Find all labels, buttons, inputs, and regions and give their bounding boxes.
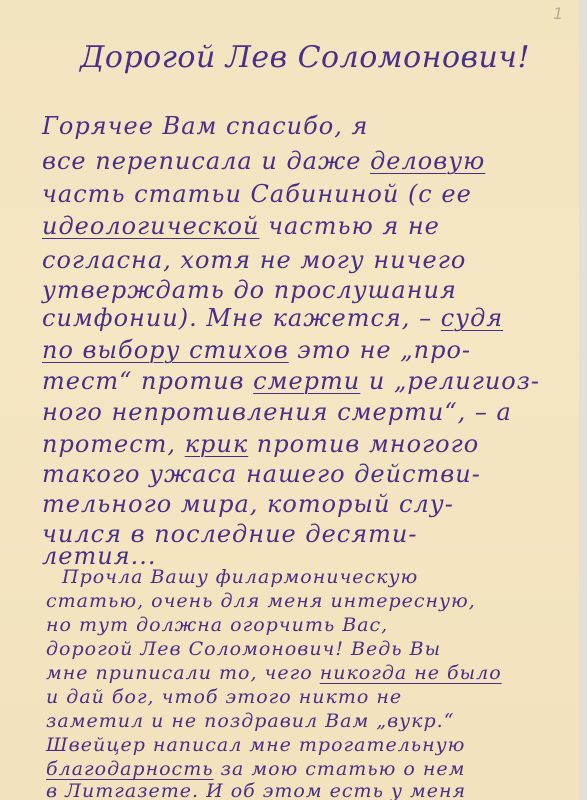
text-line: тест“ против смерти и „религиоз- (42, 367, 540, 395)
text-line: мне приписали то, чего никогда не было (46, 662, 502, 684)
text-line: ного непротивления смерти“, – а (42, 398, 512, 426)
text-line: тельного мира, который слу- (42, 490, 454, 518)
text-line: благодарность за мою статью о нем (46, 758, 465, 780)
text-line: по выбору стихов это не „про- (42, 336, 471, 364)
text-line: Прочла Вашу филармоническую (62, 566, 418, 588)
letter-page: 1 Дорогой Лев Соломонович! Горячее Вам с… (0, 0, 579, 800)
letter-greeting: Дорогой Лев Соломонович! (80, 40, 530, 75)
text-line: дорогой Лев Соломонович! Ведь Вы (46, 638, 441, 660)
text-line: симфонии). Мне кажется, – судя (42, 304, 503, 332)
text-line: все переписала и даже деловую (42, 147, 485, 175)
text-line: часть статьи Сабининой (с ее (42, 180, 472, 208)
text-line: статью, очень для меня интересную, (46, 590, 476, 612)
text-line: идеологической частью я не (42, 212, 440, 240)
text-line: но тут должна огорчить Вас, (46, 614, 388, 636)
text-line: и дай бог, чтоб этого никто не (46, 686, 402, 708)
page-edge (579, 0, 587, 800)
text-line: утверждать до прослушания (42, 276, 457, 304)
text-line: Горячее Вам спасибо, я (42, 112, 368, 140)
page-number: 1 (553, 4, 563, 23)
text-line: Швейцер написал мне трогательную (46, 734, 465, 756)
text-line: согласна, хотя не могу ничего (42, 246, 466, 274)
text-line: протест, крик против многого (42, 430, 479, 458)
text-line: заметил и не поздравил Вам „вукр.“ (46, 710, 454, 732)
text-line: в Литгазете. И об этом есть у меня (46, 780, 466, 800)
text-line: такого ужаса нашего действи- (42, 460, 481, 488)
